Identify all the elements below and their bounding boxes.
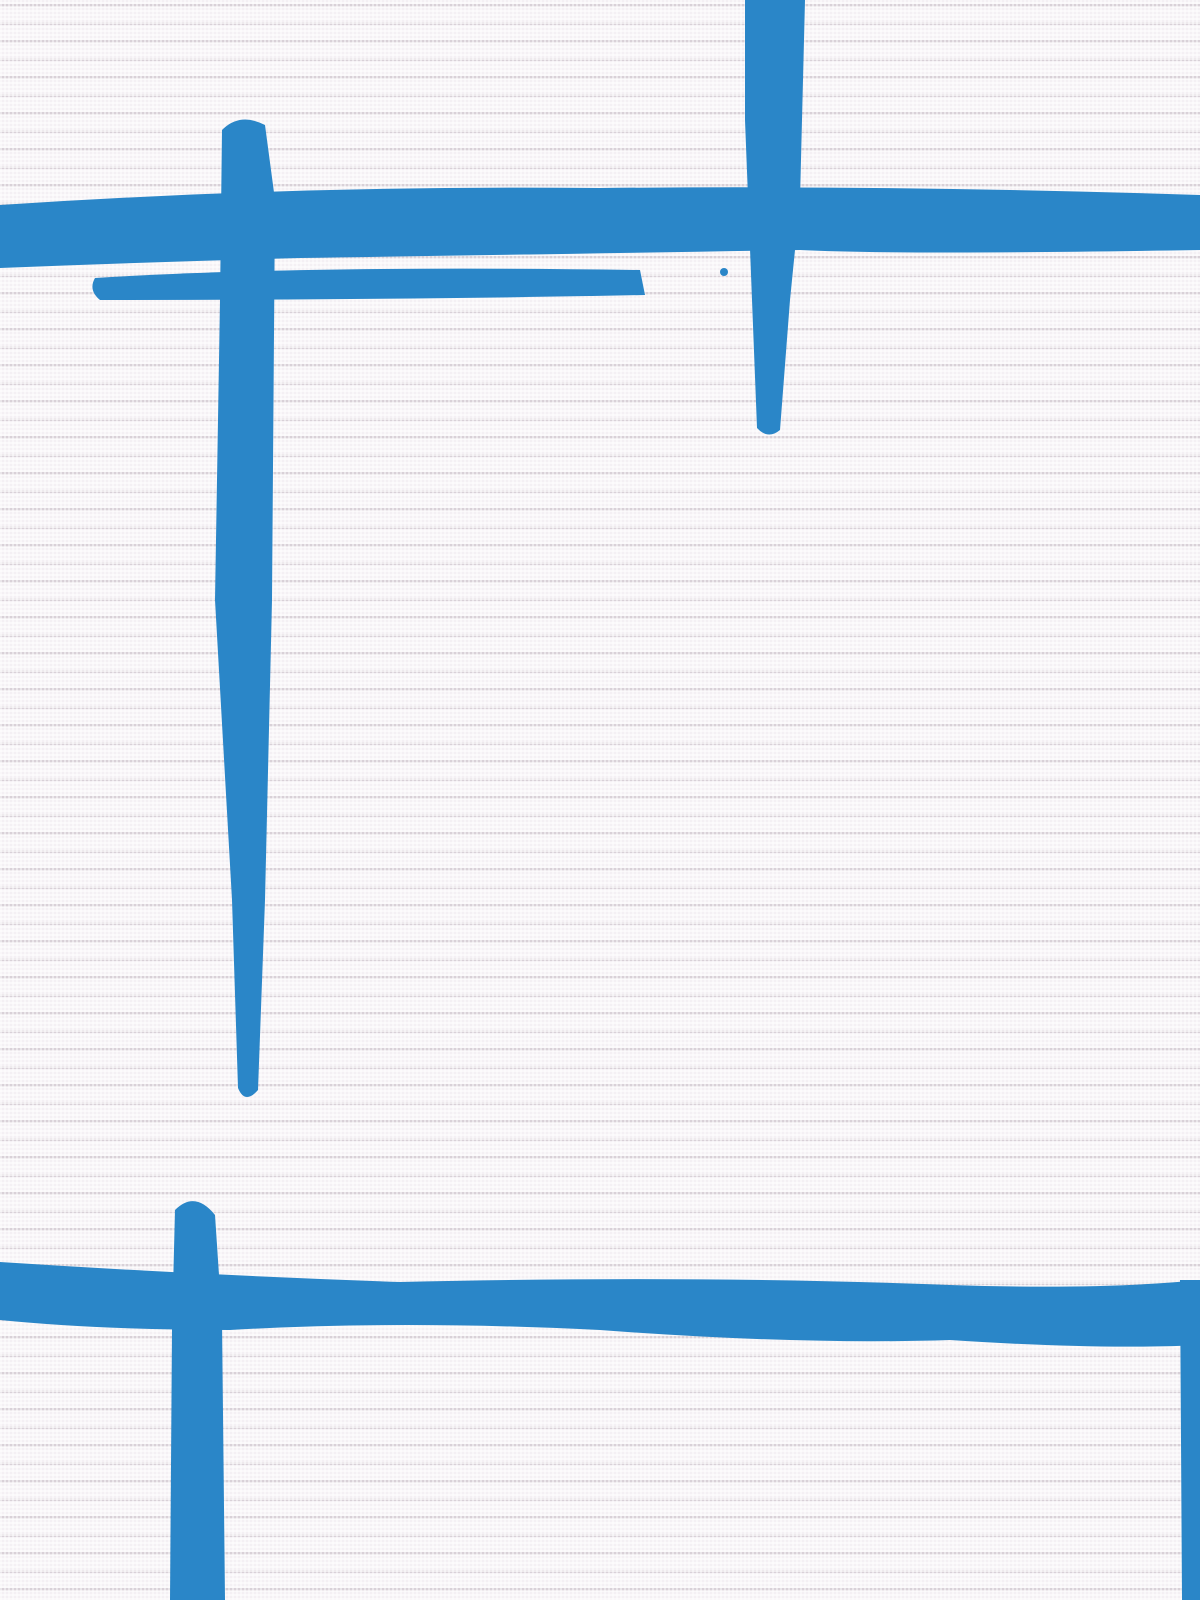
fabric-photo [0, 0, 1200, 1600]
blue-brushstrokes [0, 0, 1200, 1600]
